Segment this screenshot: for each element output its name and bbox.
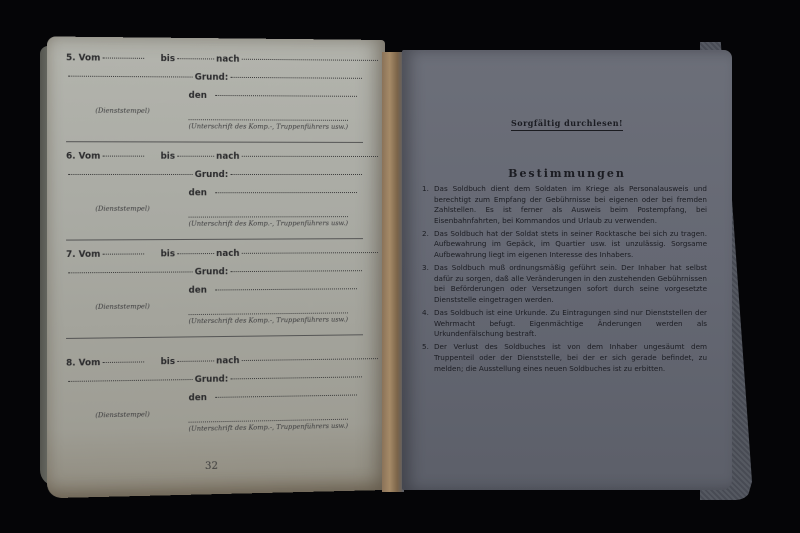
- rule-number: 1.: [422, 184, 434, 226]
- rule-item: 2.Das Soldbuch hat der Soldat stets in s…: [422, 229, 707, 261]
- den-field: [215, 288, 357, 290]
- entry-8: 8. Vom bis nach Grund: den (Dienststempe…: [66, 350, 368, 452]
- rule-text: Das Soldbuch muß ordnungsmäßig geführt s…: [434, 263, 707, 305]
- bis-label: bis: [161, 357, 176, 367]
- signature-label: (Unterschrift des Komp.-, Truppenführers…: [189, 419, 349, 433]
- bis-field: [177, 58, 214, 59]
- nach-label: nach: [216, 249, 239, 259]
- grund-field: [230, 174, 361, 175]
- nach-label: nach: [216, 356, 239, 366]
- nach-field: [242, 358, 378, 361]
- entry-number: 5.: [66, 53, 76, 63]
- entry-divider: [66, 238, 363, 240]
- stamp-label: (Dienststempel): [95, 410, 149, 419]
- stamp-label: (Dienststempel): [95, 302, 149, 311]
- rule-item: 5.Der Verlust des Soldbuches ist von dem…: [422, 342, 707, 374]
- vom-field: [102, 57, 144, 58]
- entry-5: 5. Vom bis nach Grund: den (Dienststempe…: [66, 49, 368, 148]
- bis-field: [177, 360, 214, 362]
- entry-number: 8.: [66, 358, 76, 368]
- vom-label: Vom: [79, 151, 101, 161]
- rule-item: 3.Das Soldbuch muß ordnungsmäßig geführt…: [422, 263, 707, 305]
- page-title: Bestimmungen: [402, 167, 732, 180]
- grund-label: Grund:: [195, 73, 229, 83]
- nach-label: nach: [216, 152, 239, 162]
- den-label: den: [189, 188, 207, 198]
- grund-label: Grund:: [195, 170, 229, 180]
- signature-label: (Unterschrift des Komp.-, Truppenführers…: [189, 216, 349, 228]
- bis-label: bis: [161, 54, 176, 64]
- entry-number: 6.: [66, 151, 76, 161]
- grund-field: [230, 77, 361, 79]
- den-field: [215, 95, 357, 97]
- photo-scene: 5. Vom bis nach Grund: den (Dienststempe…: [0, 0, 800, 533]
- vom-field: [102, 156, 144, 157]
- reason-prefix-field: [68, 174, 192, 175]
- rule-text: Das Soldbuch ist eine Urkunde. Zu Eintra…: [434, 308, 707, 340]
- right-page: Sorgfältig durchlesen! Bestimmungen 1.Da…: [402, 50, 732, 490]
- rule-number: 3.: [422, 263, 434, 305]
- stamp-label: (Dienststempel): [95, 106, 149, 114]
- den-field: [215, 192, 357, 193]
- bis-label: bis: [161, 249, 176, 259]
- reason-prefix-field: [68, 76, 192, 78]
- grund-label: Grund:: [195, 267, 229, 277]
- rules-list: 1.Das Soldbuch dient dem Soldaten im Kri…: [422, 184, 707, 377]
- den-label: den: [189, 286, 207, 296]
- rule-text: Das Soldbuch hat der Soldat stets in sei…: [434, 229, 707, 261]
- entry-7: 7. Vom bis nach Grund: den (Dienststempe…: [66, 244, 368, 344]
- nach-field: [242, 252, 378, 254]
- vom-field: [102, 253, 144, 254]
- bis-label: bis: [161, 152, 176, 162]
- entry-divider: [66, 141, 363, 143]
- subtitle: Sorgfältig durchlesen!: [402, 118, 732, 128]
- rule-number: 5.: [422, 342, 434, 374]
- den-field: [215, 394, 357, 397]
- subtitle-text: Sorgfältig durchlesen!: [511, 118, 623, 131]
- den-label: den: [189, 91, 207, 101]
- rule-number: 4.: [422, 308, 434, 340]
- signature-label: (Unterschrift des Komp.-, Truppenführers…: [189, 312, 349, 325]
- stamp-label: (Dienststempel): [95, 205, 149, 213]
- nach-field: [242, 59, 378, 61]
- vom-label: Vom: [79, 250, 101, 260]
- left-page: 5. Vom bis nach Grund: den (Dienststempe…: [47, 36, 385, 498]
- page-number: 32: [205, 461, 218, 472]
- rule-item: 4.Das Soldbuch ist eine Urkunde. Zu Eint…: [422, 308, 707, 340]
- rule-number: 2.: [422, 229, 434, 261]
- rule-text: Der Verlust des Soldbuches ist von dem I…: [434, 342, 707, 374]
- grund-label: Grund:: [195, 374, 229, 385]
- nach-field: [242, 156, 378, 157]
- reason-prefix-field: [68, 271, 192, 273]
- vom-field: [102, 361, 144, 363]
- entry-6: 6. Vom bis nach Grund: den (Dienststempe…: [66, 147, 368, 245]
- vom-label: Vom: [79, 53, 101, 63]
- entry-divider: [66, 334, 363, 339]
- bis-field: [177, 253, 214, 254]
- vom-label: Vom: [79, 358, 101, 369]
- book-spine: [382, 52, 404, 492]
- signature-label: (Unterschrift des Komp.-, Truppenführers…: [189, 119, 349, 131]
- den-label: den: [189, 393, 207, 403]
- entry-number: 7.: [66, 250, 76, 260]
- rule-text: Das Soldbuch dient dem Soldaten im Krieg…: [434, 184, 707, 226]
- reason-prefix-field: [68, 379, 192, 382]
- bis-field: [177, 156, 214, 157]
- rule-item: 1.Das Soldbuch dient dem Soldaten im Kri…: [422, 184, 707, 226]
- grund-field: [230, 270, 361, 272]
- nach-label: nach: [216, 54, 239, 64]
- grund-field: [230, 376, 361, 379]
